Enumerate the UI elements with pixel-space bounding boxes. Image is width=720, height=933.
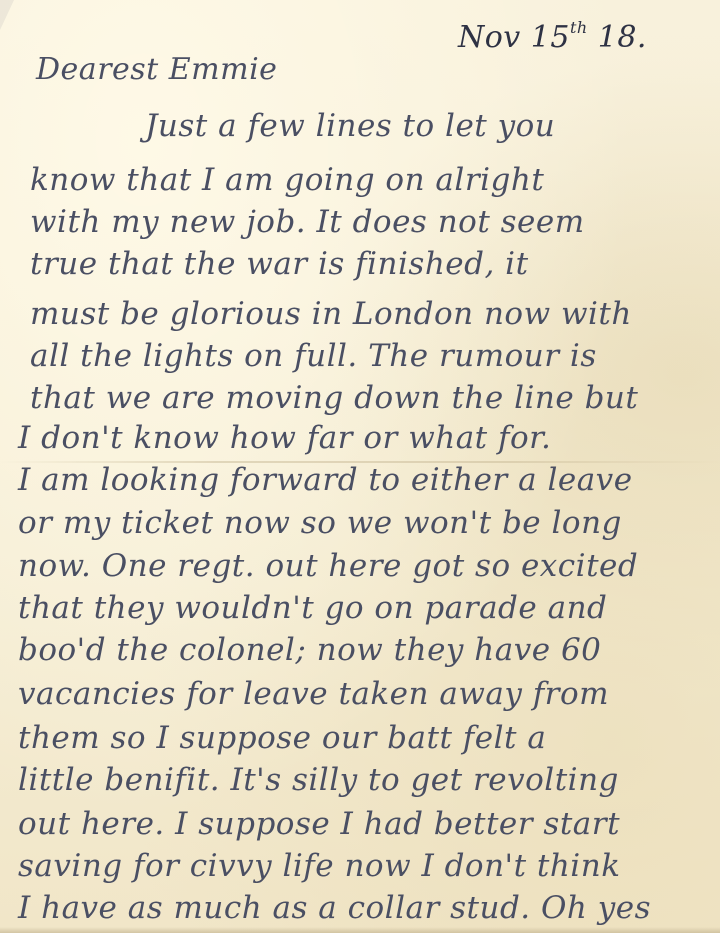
letter-line: I am looking forward to either a leave — [18, 462, 633, 498]
letter-line: true that the war is finished, it — [30, 246, 529, 282]
letter-line: boo'd the colonel; now they have 60 — [18, 632, 601, 668]
letter-line: I don't know how far or what for. — [18, 420, 551, 456]
letter-line: with my new job. It does not seem — [30, 204, 585, 240]
letter-line: Just a few lines to let you — [145, 108, 555, 144]
letter-line: out here. I suppose I had better start — [18, 806, 620, 842]
letter-date: Nov 15th 18. — [458, 18, 647, 55]
paper-bottom-edge — [0, 927, 720, 933]
letter-line: now. One regt. out here got so excited — [18, 548, 638, 584]
torn-corner — [0, 0, 14, 30]
letter-line: or my ticket now so we won't be long — [18, 505, 622, 541]
date-ordinal: th — [570, 18, 588, 37]
letter-line: must be glorious in London now with — [30, 296, 632, 332]
letter-line: I have as much as a collar stud. Oh yes — [18, 890, 651, 926]
letter-line: saving for civvy life now I don't think — [18, 848, 620, 884]
letter-line: vacancies for leave taken away from — [18, 676, 609, 712]
letter-line: that they wouldn't go on parade and — [18, 590, 607, 626]
date-year: 18. — [588, 20, 647, 55]
letter-line: all the lights on full. The rumour is — [30, 338, 597, 374]
date-month-day: Nov 15 — [458, 20, 570, 55]
letter-salutation: Dearest Emmie — [36, 52, 277, 87]
letter-line: that we are moving down the line but — [30, 380, 638, 416]
letter-line: little benifit. It's silly to get revolt… — [18, 762, 619, 798]
letter-line: them so I suppose our batt felt a — [18, 720, 546, 756]
letter-line: know that I am going on alright — [30, 162, 544, 198]
